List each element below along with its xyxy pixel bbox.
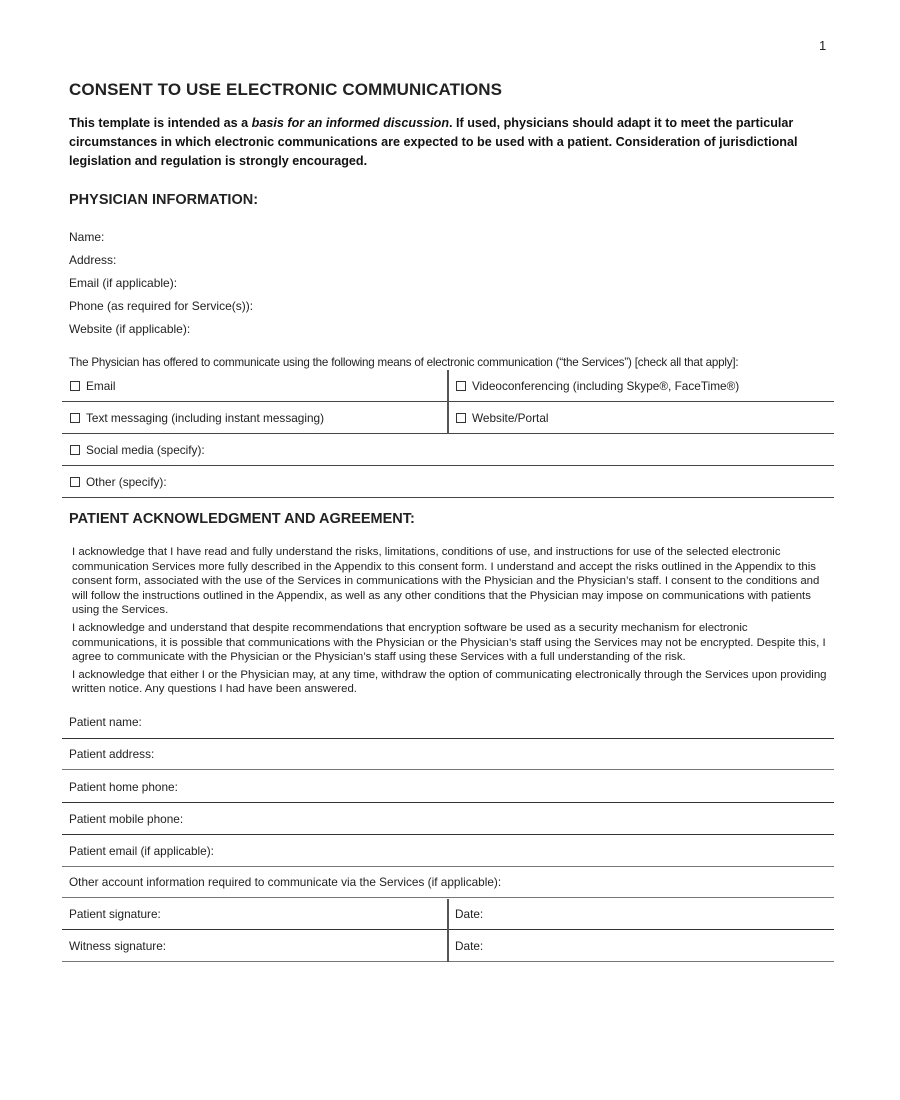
physician-name-field[interactable]: Name: <box>69 229 253 252</box>
physician-phone-field[interactable]: Phone (as required for Service(s)): <box>69 298 253 321</box>
patient-home-phone-row[interactable]: Patient home phone: <box>62 771 834 803</box>
service-option-social-media[interactable]: Social media (specify): <box>70 435 205 465</box>
intro-text: This template is intended as a basis for… <box>69 114 809 171</box>
physician-address-field[interactable]: Address: <box>69 252 253 275</box>
checkbox-icon[interactable] <box>456 413 466 423</box>
page-number: 1 <box>819 38 826 53</box>
document-title: CONSENT TO USE ELECTRONIC COMMUNICATIONS <box>69 80 502 100</box>
intro-emphasis: basis for an informed discussion <box>252 116 449 130</box>
service-option-email[interactable]: Email <box>70 370 116 401</box>
physician-info-heading: PHYSICIAN INFORMATION: <box>69 192 258 208</box>
column-divider <box>447 370 449 434</box>
patient-name-label: Patient name: <box>69 715 142 729</box>
patient-mobile-phone-row[interactable]: Patient mobile phone: <box>62 803 834 835</box>
acknowledgment-body: I acknowledge that I have read and fully… <box>72 545 832 700</box>
physician-fields: Name: Address: Email (if applicable): Ph… <box>69 229 253 344</box>
acknowledgment-heading: PATIENT ACKNOWLEDGMENT AND AGREEMENT: <box>69 511 415 527</box>
patient-home-phone-label: Patient home phone: <box>69 780 178 794</box>
patient-signature-label[interactable]: Patient signature: <box>69 907 161 921</box>
service-option-text-messaging[interactable]: Text messaging (including instant messag… <box>70 403 324 433</box>
patient-signature-date-label[interactable]: Date: <box>455 907 483 921</box>
patient-email-row[interactable]: Patient email (if applicable): <box>62 835 834 867</box>
services-lead-text: The Physician has offered to communicate… <box>69 356 738 369</box>
service-label: Other (specify): <box>86 475 167 489</box>
signature-column-divider <box>447 899 449 962</box>
service-label: Text messaging (including instant messag… <box>86 411 324 425</box>
checkbox-icon[interactable] <box>70 381 80 391</box>
checkbox-icon[interactable] <box>70 477 80 487</box>
checkbox-icon[interactable] <box>456 381 466 391</box>
acknowledgment-paragraph: I acknowledge and understand that despit… <box>72 621 832 665</box>
patient-mobile-phone-label: Patient mobile phone: <box>69 812 183 826</box>
other-account-info-label: Other account information required to co… <box>69 875 501 889</box>
service-label: Videoconferencing (including Skype®, Fac… <box>472 379 739 393</box>
service-option-videoconferencing[interactable]: Videoconferencing (including Skype®, Fac… <box>456 370 739 401</box>
patient-name-row[interactable]: Patient name: <box>62 706 834 739</box>
patient-address-row[interactable]: Patient address: <box>62 739 834 770</box>
service-label: Social media (specify): <box>86 443 205 457</box>
acknowledgment-paragraph: I acknowledge that either I or the Physi… <box>72 668 832 697</box>
service-option-other[interactable]: Other (specify): <box>70 467 167 497</box>
other-account-info-row[interactable]: Other account information required to co… <box>62 867 834 898</box>
checkbox-icon[interactable] <box>70 413 80 423</box>
physician-email-field[interactable]: Email (if applicable): <box>69 275 253 298</box>
service-option-website-portal[interactable]: Website/Portal <box>456 403 549 433</box>
services-row: Other (specify): <box>62 467 834 498</box>
service-label: Email <box>86 379 116 393</box>
physician-website-field[interactable]: Website (if applicable): <box>69 321 253 344</box>
patient-email-label: Patient email (if applicable): <box>69 844 214 858</box>
witness-signature-label[interactable]: Witness signature: <box>69 939 166 953</box>
patient-address-label: Patient address: <box>69 747 154 761</box>
services-row: Social media (specify): <box>62 435 834 466</box>
service-label: Website/Portal <box>472 411 549 425</box>
checkbox-icon[interactable] <box>70 445 80 455</box>
witness-signature-date-label[interactable]: Date: <box>455 939 483 953</box>
acknowledgment-paragraph: I acknowledge that I have read and fully… <box>72 545 832 618</box>
intro-prefix: This template is intended as a <box>69 116 252 130</box>
